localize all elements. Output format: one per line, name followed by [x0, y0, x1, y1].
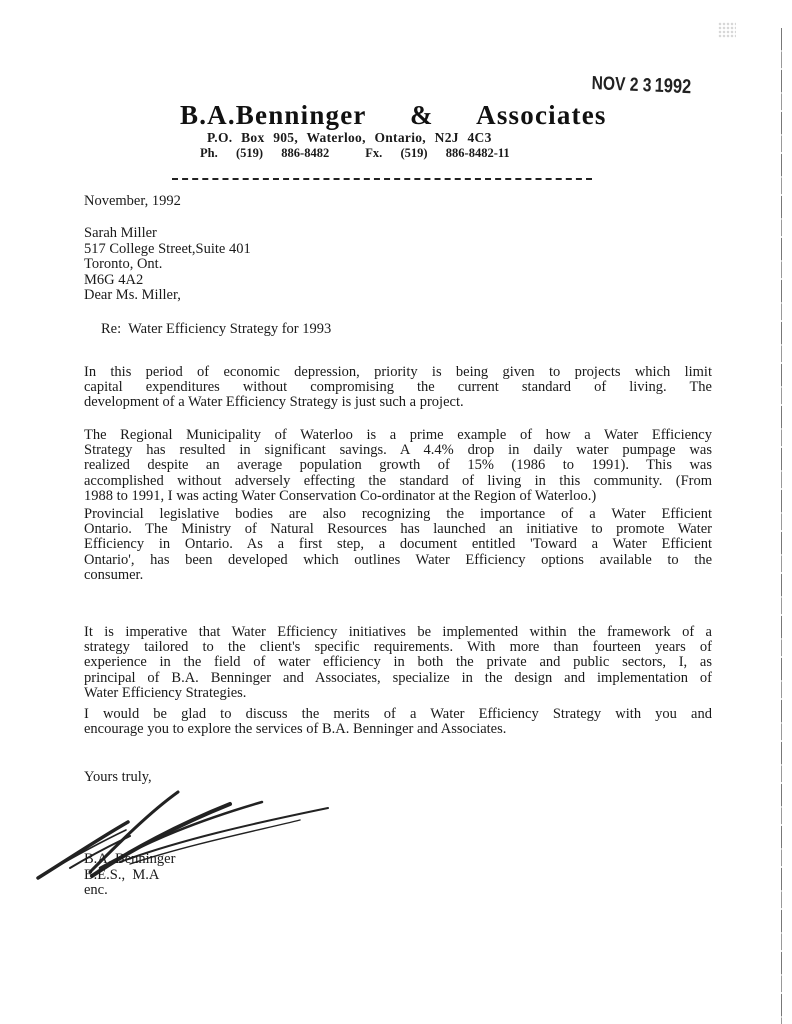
letterhead-divider — [172, 178, 592, 180]
recipient-street: 517 College Street,Suite 401 — [84, 242, 712, 258]
stamp-year: 1992 — [654, 75, 691, 99]
paragraph-2: The Regional Municipality of Waterloo is… — [84, 428, 712, 504]
firm-address: P.O. Box 905, Waterloo, Ontario, N2J 4C3 — [207, 130, 492, 146]
paragraph-line: realized despite an average population g… — [84, 458, 712, 473]
recipient-city: Toronto, Ont. — [84, 257, 712, 273]
paragraph-line: I would be glad to discuss the merits of… — [84, 707, 712, 722]
page-edge-line — [781, 28, 782, 1024]
signer-name: B.A. Benninger — [84, 852, 175, 868]
recipient-address: Sarah Miller 517 College Street,Suite 40… — [84, 226, 712, 288]
paragraph-line: strategy tailored to the client's specif… — [84, 640, 712, 655]
paragraph-line: 1988 to 1991, I was acting Water Conserv… — [84, 489, 712, 504]
paragraph-line: consumer. — [84, 568, 712, 583]
paragraph-line: Provincial legislative bodies are also r… — [84, 507, 712, 522]
paragraph-line: It is imperative that Water Efficiency i… — [84, 625, 712, 640]
paragraph-line: development of a Water Efficiency Strate… — [84, 395, 712, 410]
handwritten-signature — [30, 780, 340, 890]
paragraph-line: capital expenditures without compromisin… — [84, 380, 712, 395]
paragraph-line: Ontario. The Ministry of Natural Resourc… — [84, 522, 712, 537]
firm-contact: Ph. (519) 886-8482Fx. (519) 886-8482-11 — [200, 146, 510, 161]
paragraph-line: Ontario', has been developed which outli… — [84, 553, 712, 568]
firm-name: B.A.Benninger & Associates — [180, 100, 607, 131]
paragraph-line: accomplished without adversely effecting… — [84, 474, 712, 489]
letter-date: November, 1992 — [84, 194, 712, 209]
paragraph-4: It is imperative that Water Efficiency i… — [84, 625, 712, 701]
paragraph-5: I would be glad to discuss the merits of… — [84, 707, 712, 737]
paragraph-line: Efficiency in Ontario. As a first step, … — [84, 537, 712, 552]
received-date-stamp: NOV 2 31992 — [591, 72, 691, 99]
salutation: Dear Ms. Miller, — [84, 288, 712, 303]
paragraph-line: In this period of economic depression, p… — [84, 365, 712, 380]
paragraph-line: experience in the field of water efficie… — [84, 655, 712, 670]
paragraph-1: In this period of economic depression, p… — [84, 365, 712, 411]
stamp-date: NOV 2 3 — [591, 73, 651, 97]
signature-block: B.A. Benninger B.E.S., M.A enc. — [84, 852, 175, 899]
paragraph-line: encourage you to explore the services of… — [84, 722, 712, 737]
paragraph-3: Provincial legislative bodies are also r… — [84, 507, 712, 583]
paragraph-line: The Regional Municipality of Waterloo is… — [84, 428, 712, 443]
phone-number: Ph. (519) 886-8482 — [200, 146, 329, 160]
enclosure-note: enc. — [84, 883, 175, 899]
paragraph-line: principal of B.A. Benninger and Associat… — [84, 671, 712, 686]
paragraph-line: Water Efficiency Strategies. — [84, 686, 712, 701]
signer-credentials: B.E.S., M.A — [84, 868, 175, 884]
scan-artifact — [718, 22, 736, 38]
subject-line: Re: Water Efficiency Strategy for 1993 — [101, 322, 729, 337]
recipient-name: Sarah Miller — [84, 226, 712, 242]
paragraph-line: Strategy has resulted in significant sav… — [84, 443, 712, 458]
fax-number: Fx. (519) 886-8482-11 — [365, 146, 509, 160]
